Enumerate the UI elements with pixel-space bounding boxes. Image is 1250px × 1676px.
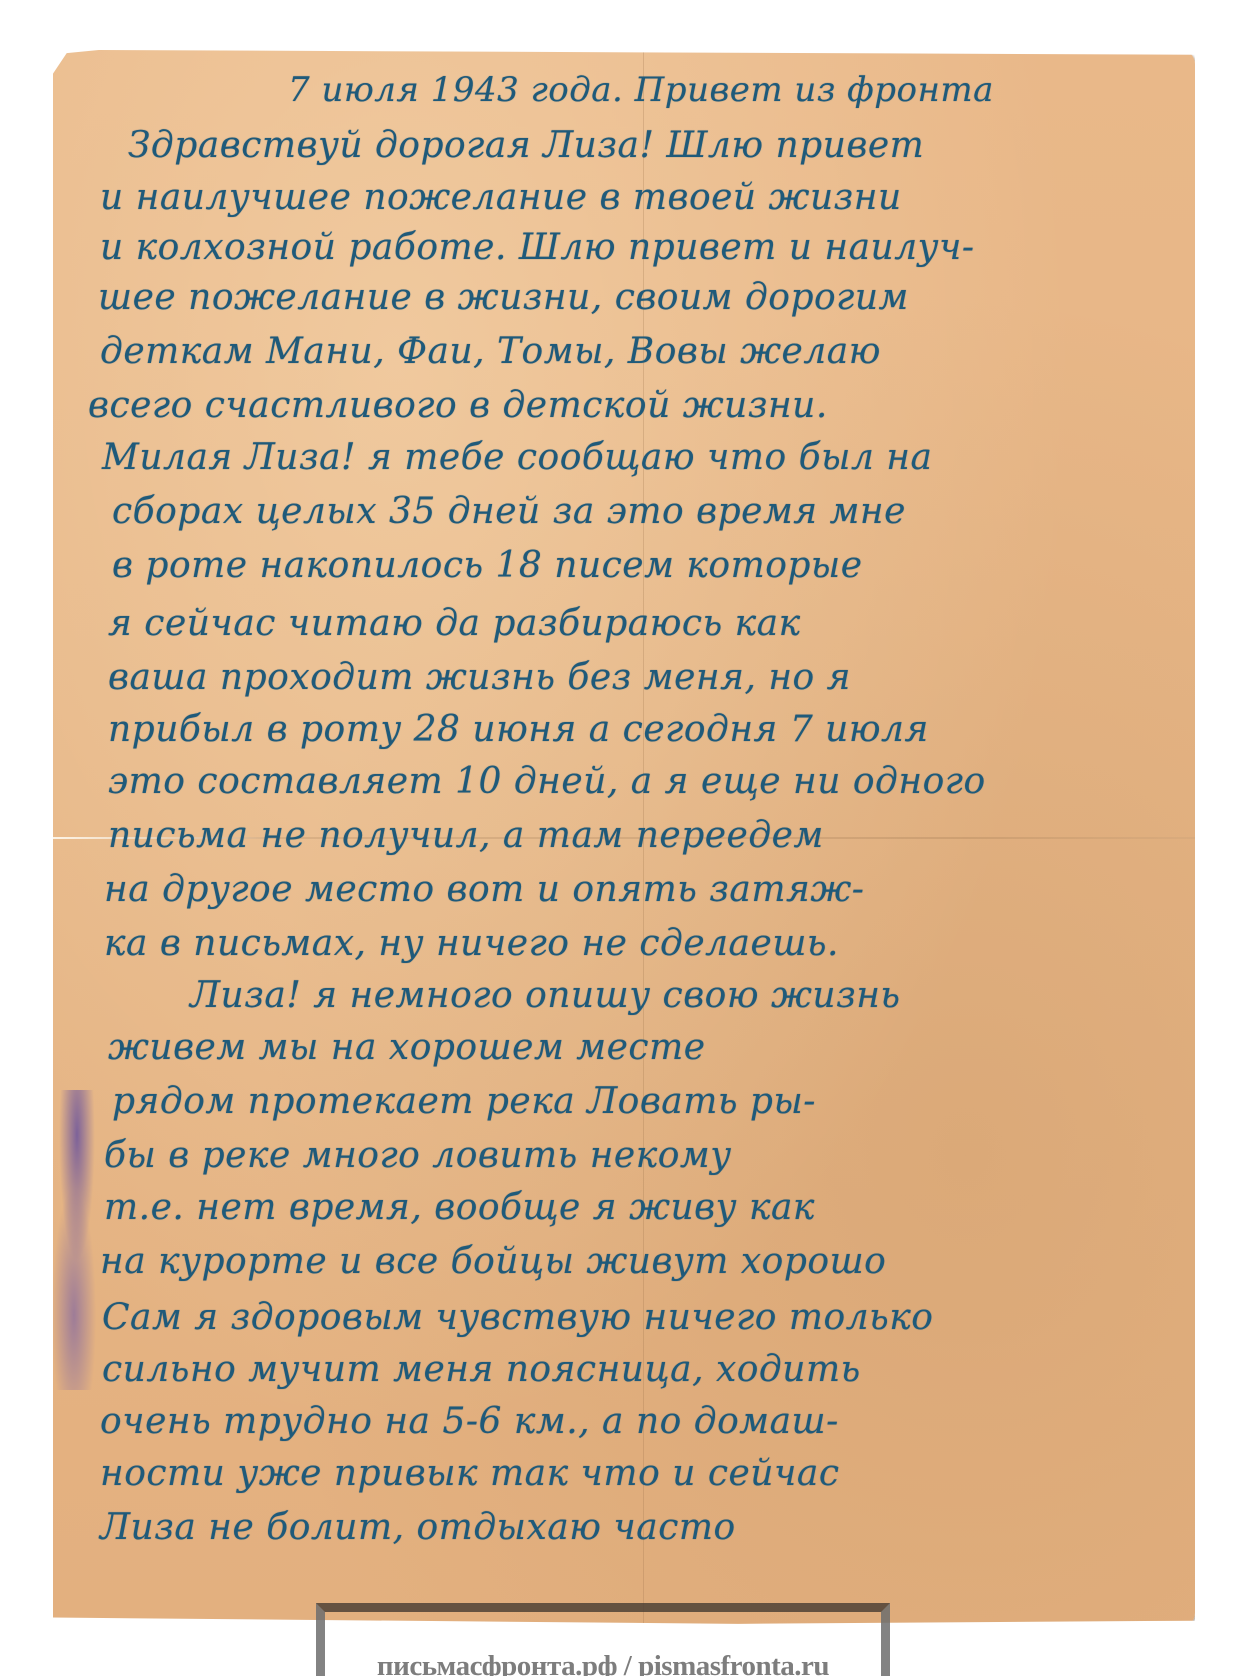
letter-line: Милая Лиза! я тебе сообщаю что был на — [102, 440, 933, 476]
letter-line: Сам я здоровым чувствую ничего только — [102, 1300, 933, 1336]
letter-line: шее пожелание в жизни, своим дорогим — [98, 280, 909, 316]
letter-line: прибыл в роту 28 июня а сегодня 7 июля — [108, 712, 929, 748]
letter-line: сборах целых 35 дней за это время мне — [112, 494, 906, 530]
letter-line: письма не получил, а там переедем — [108, 818, 824, 854]
letter-line: живем мы на хорошем месте — [108, 1030, 706, 1066]
handwritten-text: 7 июля 1943 года. Привет из фронта Здрав… — [0, 0, 1250, 1676]
letter-line: Лиза не болит, отдыхаю часто — [100, 1510, 736, 1546]
letter-line: Лиза! я немного опишу свою жизнь — [190, 978, 901, 1014]
letter-line: и наилучшее пожелание в твоей жизни — [100, 180, 902, 216]
letter-line: ности уже привык так что и сейчас — [100, 1456, 840, 1492]
letter-line: и колхозной работе. Шлю привет и наилуч- — [100, 230, 975, 266]
letter-line: на курорте и все бойцы живут хорошо — [100, 1244, 886, 1280]
site-watermark-box: письмасфронта.рф / pismasfronta.ru — [316, 1603, 890, 1676]
letter-line: деткам Мани, Фаи, Томы, Вовы желаю — [100, 334, 881, 370]
letter-line: Здравствуй дорогая Лиза! Шлю привет — [128, 128, 924, 164]
letter-line: рядом протекает река Ловать ры- — [112, 1084, 816, 1120]
letter-line: ваша проходит жизнь без меня, но я — [108, 660, 851, 696]
letter-line: в роте накопилось 18 писем которые — [112, 548, 863, 584]
letter-line: бы в реке много ловить некому — [104, 1138, 732, 1174]
letter-line: я сейчас читаю да разбираюсь как — [108, 606, 801, 642]
letter-line: ка в письмах, ну ничего не сделаешь. — [104, 926, 839, 962]
watermark-text: письмасфронта.рф / pismasfronta.ru — [325, 1650, 881, 1676]
letter-line: всего счастливого в детской жизни. — [88, 388, 828, 424]
letter-date-header: 7 июля 1943 года. Привет из фронта — [288, 73, 994, 107]
letter-line: на другое место вот и опять затяж- — [104, 872, 864, 908]
letter-line: очень трудно на 5-6 км., а по домаш- — [100, 1404, 839, 1440]
letter-line: сильно мучит меня поясница, ходить — [102, 1352, 861, 1388]
letter-line: это составляет 10 дней, а я еще ни одног… — [108, 764, 986, 800]
letter-line: т.е. нет время, вообще я живу как — [104, 1190, 815, 1226]
